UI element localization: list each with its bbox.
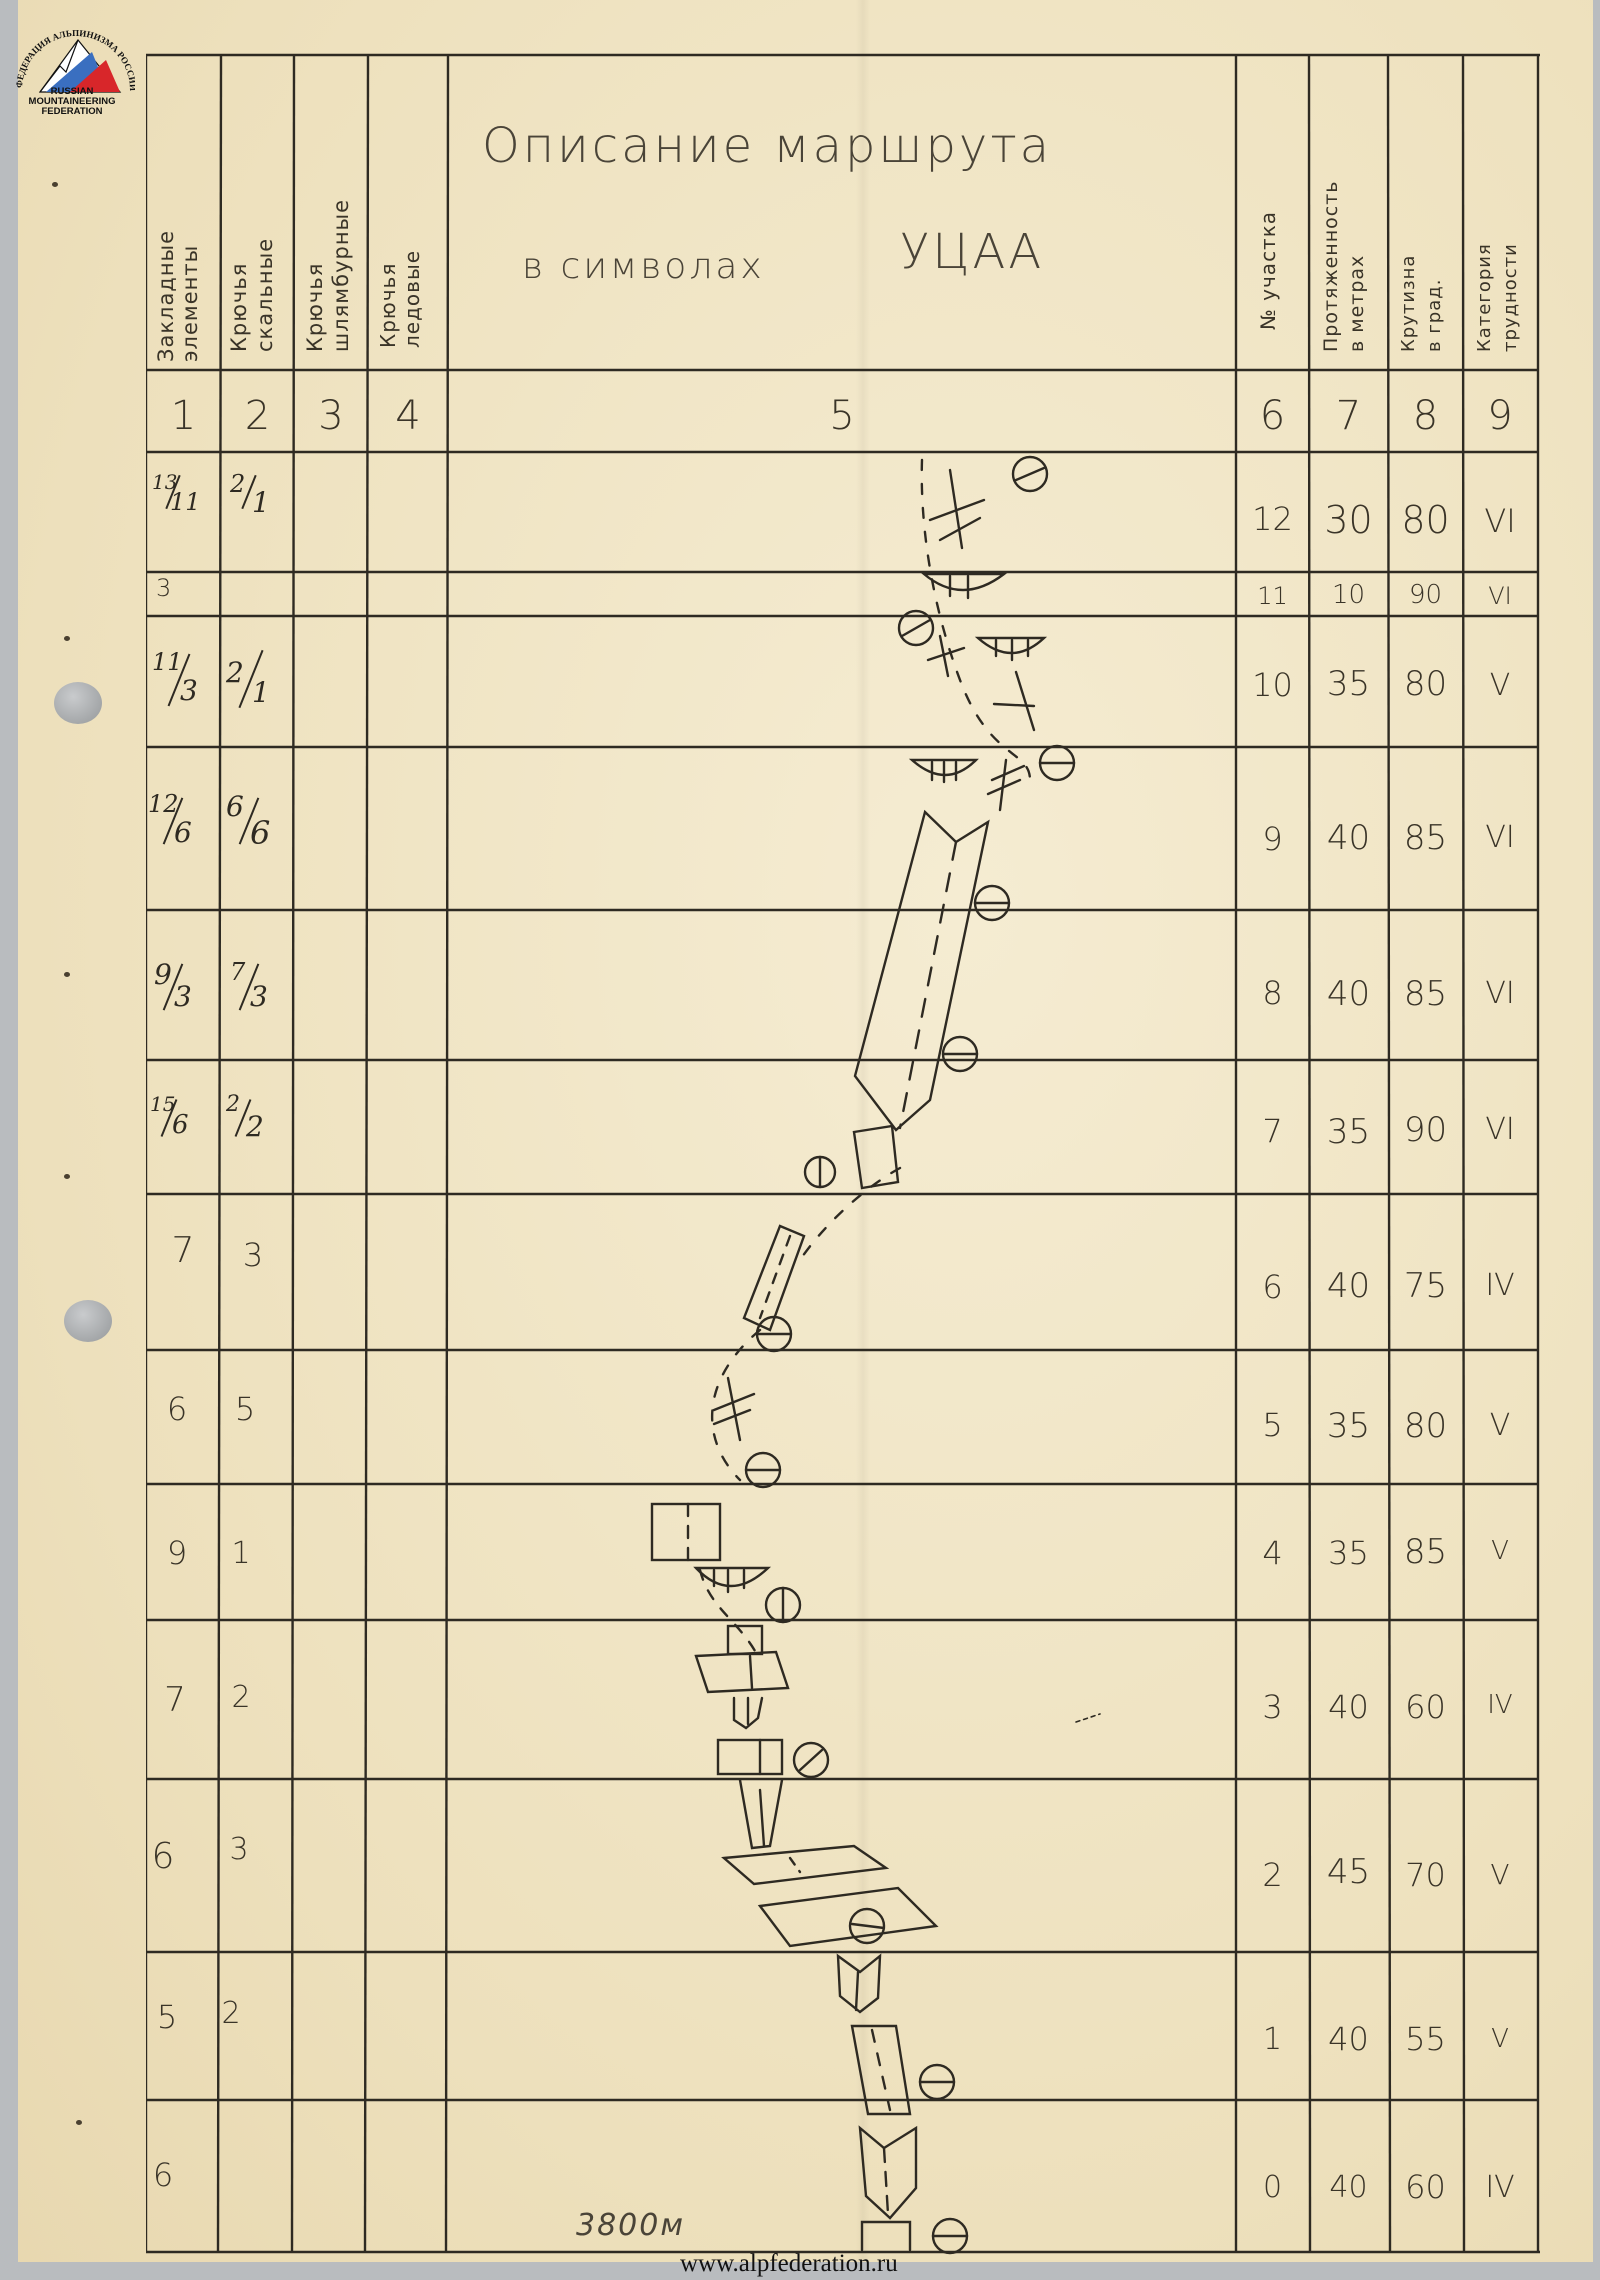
belay-circle-icon <box>805 1157 835 1187</box>
slab-icon <box>696 1652 788 1692</box>
slab-icon <box>744 1226 804 1330</box>
crack-hatch-icon <box>928 636 964 676</box>
slab-icon <box>760 1888 936 1946</box>
overhang-icon <box>978 638 1044 660</box>
crack-hatch-icon <box>930 470 984 548</box>
belay-circle-icon <box>766 1588 800 1622</box>
belay-circle-icon <box>1013 457 1047 491</box>
belay-circle-icon <box>794 1743 828 1777</box>
belay-circle-icon <box>1040 746 1074 780</box>
block-square-icon <box>862 2222 910 2250</box>
belay-circle-icon <box>975 886 1009 920</box>
belay-circle-icon <box>943 1037 977 1071</box>
chimney-icon <box>838 1956 880 2012</box>
belay-circle-icon <box>920 2065 954 2099</box>
overhang-icon <box>696 1568 768 1592</box>
block-square-icon <box>718 1740 782 1774</box>
belay-circle-icon <box>899 611 933 645</box>
overhang-icon <box>912 760 976 782</box>
crack-hatch-icon <box>988 760 1024 810</box>
watermark-url: www.alpfederation.ru <box>680 2250 898 2278</box>
overhang-icon <box>924 574 1004 598</box>
slab-icon <box>724 1846 886 1884</box>
route-topo-drawing <box>0 0 1600 2280</box>
chimney-icon <box>734 1698 762 1728</box>
slab-icon <box>852 2026 910 2114</box>
block-square-icon <box>854 1126 898 1188</box>
crack-hatch-icon <box>714 1378 754 1440</box>
dihedral-icon <box>860 2128 916 2218</box>
dihedral-icon <box>740 1780 782 1848</box>
start-elevation-label: 3800м <box>576 2208 685 2243</box>
dihedral-icon <box>855 812 988 1130</box>
block-square-icon <box>728 1626 762 1654</box>
belay-circle-icon <box>933 2219 967 2253</box>
crack-hatch-icon <box>994 672 1034 730</box>
route-line <box>922 460 1030 780</box>
belay-circle-icon <box>746 1453 780 1487</box>
block-square-icon <box>652 1504 720 1560</box>
